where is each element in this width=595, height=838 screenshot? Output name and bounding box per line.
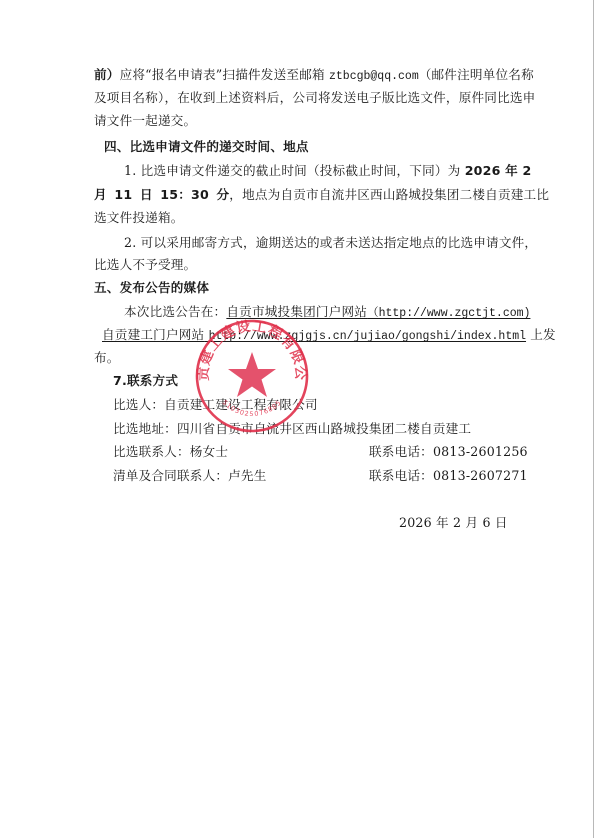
text: 上发 (530, 327, 556, 342)
para-line: 布。 (94, 350, 120, 366)
deadline-text: 2026 年 2 (465, 163, 532, 178)
section-heading: 7.联系方式 (113, 373, 178, 389)
address-line: 比选地址：四川省自贡市自流井区西山路城投集团二楼自贡建工 (113, 421, 471, 437)
email-text: ztbcgb@qq.com (329, 70, 419, 83)
text: 本次比选公告在： (124, 304, 226, 319)
page-edge (593, 0, 594, 838)
para-line: 本次比选公告在：自贡市城投集团门户网站（http://www.zgctjt.co… (124, 304, 530, 322)
section-heading: 五、发布公告的媒体 (94, 280, 209, 296)
para-line: 请文件一起递交。 (94, 113, 196, 129)
contact-phone: 联系电话：0813-2607271 (369, 468, 528, 484)
text: ，地点为自贡市自流井区西山路城投集团二楼自贡建工比 (229, 187, 549, 202)
bold-text: 前） (94, 67, 120, 82)
link-zgctjt[interactable]: 自贡市城投集团门户网站（http://www.zgctjt.com) (226, 304, 530, 319)
contact-line: 比选联系人：杨女士 (113, 444, 228, 460)
para-line: 前）应将“报名申请表”扫描件发送至邮箱 ztbcgb@qq.com（邮件注明单位… (94, 67, 534, 85)
contact-line: 清单及合同联系人：卢先生 (113, 468, 267, 484)
section-heading: 四、比选申请文件的递交时间、地点 (104, 139, 309, 155)
para-line: 2. 可以采用邮寄方式，逾期送达的或者未送达指定地点的比选申请文件， (124, 235, 537, 251)
para-line: 及项目名称），在收到上述资料后，公司将发送电子版比选文件，原件同比选申 (94, 90, 535, 106)
text: （邮件注明单位名称 (419, 67, 534, 82)
text: 应将“报名申请表”扫描件发送至邮箱 (120, 67, 325, 82)
para-line: 月 11 日 15：30 分，地点为自贡市自流井区西山路城投集团二楼自贡建工比 (94, 187, 549, 203)
deadline-text: 月 11 日 15：30 分 (94, 187, 229, 202)
signature-date: 2026 年 2 月 6 日 (399, 515, 508, 531)
text: 1. 比选申请文件递交的截止时间（投标截止时间，下同）为 (124, 163, 460, 178)
para-line: 1. 比选申请文件递交的截止时间（投标截止时间，下同）为 2026 年 2 (124, 163, 531, 179)
link-zgjgjs[interactable]: 自贡建工门户网站 http://www.zgjgjs.cn/jujiao/gon… (102, 327, 526, 342)
para-line: 选文件投递箱。 (94, 210, 184, 226)
buyer-line: 比选人：自贡建工建设工程有限公司 (113, 397, 318, 413)
para-line: 比选人不予受理。 (94, 257, 196, 273)
para-line: 自贡建工门户网站 http://www.zgjgjs.cn/jujiao/gon… (102, 327, 556, 345)
contact-phone: 联系电话：0813-2601256 (369, 444, 528, 460)
